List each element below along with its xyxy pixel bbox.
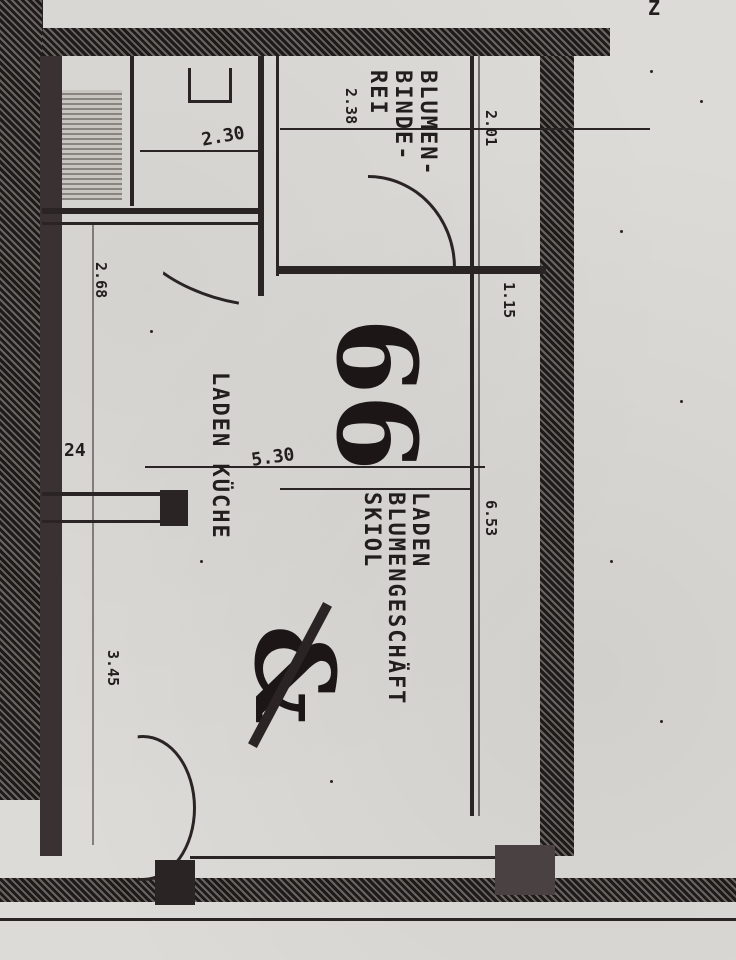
top-outer-wall — [0, 28, 610, 56]
noise-speck — [610, 560, 613, 563]
handwritten-number: 66 — [312, 318, 441, 471]
noise-speck — [680, 400, 683, 403]
top-room-divider-3 — [276, 56, 279, 276]
dimension-line-top — [140, 150, 260, 152]
top-room-divider-1 — [130, 56, 134, 206]
corner-mark: Z — [648, 0, 660, 20]
left-outer-wall — [0, 0, 42, 800]
dimension-line-right — [280, 128, 650, 130]
room-label-shop-main-3: SKIOL — [359, 492, 384, 568]
noise-speck — [650, 70, 653, 73]
noise-speck — [700, 100, 703, 103]
dimension-line-middle-2 — [280, 488, 470, 490]
dimension-left-lower: 3.45 — [104, 650, 122, 686]
partition-post — [160, 490, 188, 526]
bottom-line-upper — [190, 856, 500, 859]
top-room-divider-4 — [470, 56, 474, 816]
dimension-top-room-depth: 2.01 — [482, 110, 500, 146]
dimension-main-side: 6.53 — [482, 500, 500, 536]
noise-speck — [200, 560, 203, 563]
dimension-line-inner — [478, 56, 480, 816]
top-room-divider-2 — [258, 56, 264, 296]
room-label-shop-main-2: BLUMENGESCHÄFT — [383, 492, 408, 705]
bottom-outer-wall — [0, 878, 736, 902]
noise-speck — [150, 330, 153, 333]
room-label-flower-binding-2: BINDE- — [390, 70, 415, 161]
dimension-right-small: 1.15 — [500, 282, 518, 318]
room-label-shop-kitchen: LADEN KÜCHE — [207, 372, 232, 540]
small-room-box — [62, 90, 122, 200]
bottom-pillar-right — [495, 845, 555, 895]
dimension-line-left — [92, 225, 94, 845]
dimension-left-upper: 2.68 — [92, 262, 110, 298]
room-label-flower-binding-3: REI — [365, 70, 390, 116]
right-outer-wall — [540, 56, 574, 856]
left-inner-wall — [40, 56, 62, 856]
dimension-left-small: 24 — [64, 440, 86, 461]
noise-speck — [660, 720, 663, 723]
room-label-flower-binding-1: BLUMEN- — [415, 70, 440, 177]
bottom-line — [0, 918, 736, 921]
room-label-shop-main-1: LADEN — [407, 492, 432, 568]
dimension-top-room-width: 2.38 — [342, 88, 360, 124]
noise-speck — [620, 230, 623, 233]
noise-speck — [330, 780, 333, 783]
fixture-box — [188, 68, 232, 103]
top-horizontal-wall — [42, 208, 262, 214]
